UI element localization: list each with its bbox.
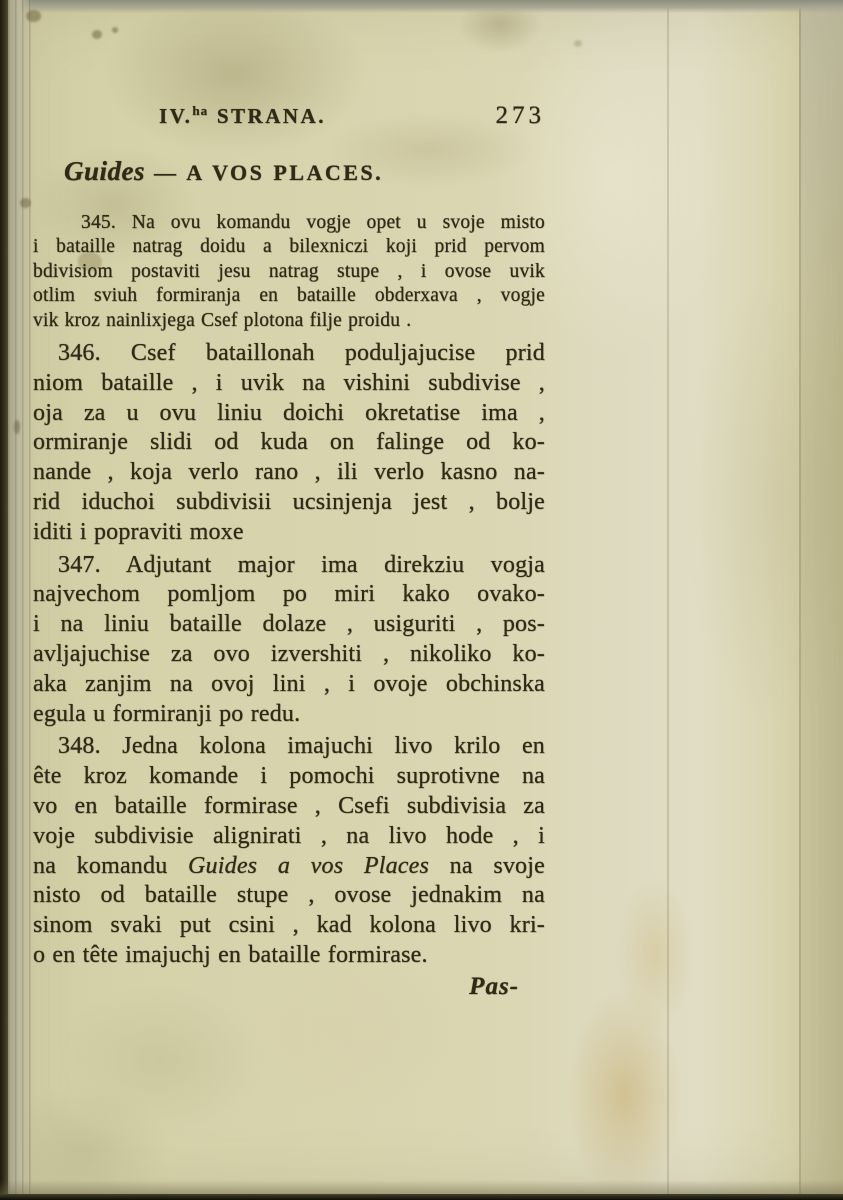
binding-edge xyxy=(0,0,8,1200)
text-segment: nande , koja verlo rano , ili verlo kasn… xyxy=(33,459,545,485)
text-segment: 348. Jedna kolona imajuchi livo krilo en xyxy=(58,733,545,759)
text-segment: vo en bataille formirase , Csefi subdivi… xyxy=(33,793,545,819)
ink-speck xyxy=(20,198,31,208)
text-segment: niom bataille , i uvik na vishini subdiv… xyxy=(33,370,545,396)
text-line: ête kroz komande i pomochi suprotivne na xyxy=(33,762,545,792)
text-segment: bdivisiom postaviti jesu natrag stupe , … xyxy=(33,261,545,282)
paragraph: 347. Adjutant major ima direkziu vogjana… xyxy=(33,551,545,730)
text-segment: nisto od bataille stupe , ovose jednakim… xyxy=(33,882,545,908)
text-line: na komandu Guides a vos Places na svoje xyxy=(33,852,545,882)
text-segment: sinom svaki put csini , kad kolona livo … xyxy=(33,912,545,938)
ink-speck xyxy=(14,420,20,434)
text-segment: rid iduchoi subdivisii ucsinjenja jest ,… xyxy=(33,489,545,515)
text-line: ormiranje slidi od kuda on falinge od ko… xyxy=(33,428,545,458)
text-segment: avljajuchise za ovo izvershiti , nikolik… xyxy=(33,641,545,667)
section-title: IV.ha STRANA. xyxy=(159,103,326,129)
paragraph: 348. Jedna kolona imajuchi livo krilo en… xyxy=(33,732,545,970)
text-segment: o en tête imajuchj en bataille formirase… xyxy=(33,942,428,968)
running-header: IV.ha STRANA. 273 xyxy=(33,0,545,130)
text-line: otlim sviuh formiranja en bataille obder… xyxy=(33,284,545,308)
text-segment: ormiranje slidi od kuda on falinge od ko… xyxy=(33,429,545,455)
text-line: iditi i popraviti moxe xyxy=(33,518,545,548)
text-line: aka zanjim na ovoj lini , i ovoje obchin… xyxy=(33,670,545,700)
text-line: bdivisiom postaviti jesu natrag stupe , … xyxy=(33,260,545,284)
page-edge-line xyxy=(799,0,801,1200)
text-line: vik kroz nainlixjega Csef plotona filje … xyxy=(33,309,545,333)
text-line: niom bataille , i uvik na vishini subdiv… xyxy=(33,369,545,399)
text-segment: voje subdivisie alignirati , na livo hod… xyxy=(33,823,545,849)
text-segment: i bataille natrag doidu a bilexniczi koj… xyxy=(33,236,545,257)
text-column: IV.ha STRANA. 273 Guides — A VOS PLACES.… xyxy=(33,0,545,1001)
text-segment: 347. Adjutant major ima direkziu vogja xyxy=(58,552,545,578)
text-segment: vik kroz nainlixjega Csef plotona filje … xyxy=(33,310,411,331)
text-line: najvechom pomljom po miri kako ovako- xyxy=(33,580,545,610)
text-line: 348. Jedna kolona imajuchi livo krilo en xyxy=(33,732,545,762)
text-line: 347. Adjutant major ima direkziu vogja xyxy=(33,551,545,581)
italic-command-segment: Guides a vos Places xyxy=(188,853,429,879)
section-rest: STRANA. xyxy=(217,104,326,128)
text-line: sinom svaki put csini , kad kolona livo … xyxy=(33,911,545,941)
top-right-corner-shade xyxy=(799,0,843,360)
text-segment: oja za u ovu liniu doichi okretatise ima… xyxy=(33,400,545,426)
bottom-page-edge xyxy=(0,1194,843,1200)
text-segment: otlim sviuh formiranja en bataille obder… xyxy=(33,285,545,306)
paragraph: 345. Na ovu komandu vogje opet u svoje m… xyxy=(33,211,545,333)
text-line: rid iduchoi subdivisii ucsinjenja jest ,… xyxy=(33,488,545,518)
text-segment: na svoje xyxy=(429,853,545,879)
catchword: Pas- xyxy=(33,973,545,1001)
text-line: vo en bataille formirase , Csefi subdivi… xyxy=(33,792,545,822)
section-prefix: IV. xyxy=(159,104,192,128)
text-line: oja za u ovu liniu doichi okretatise ima… xyxy=(33,399,545,429)
text-segment: ête kroz komande i pomochi suprotivne na xyxy=(33,763,545,789)
section-superscript: ha xyxy=(192,103,208,118)
text-body: 345. Na ovu komandu vogje opet u svoje m… xyxy=(33,211,545,971)
text-line: voje subdivisie alignirati , na livo hod… xyxy=(33,822,545,852)
text-line: 345. Na ovu komandu vogje opet u svoje m… xyxy=(33,211,545,235)
text-line: o en tête imajuchj en bataille formirase… xyxy=(33,941,545,971)
command-heading-italic: Guides xyxy=(64,156,145,187)
book-page-scan: IV.ha STRANA. 273 Guides — A VOS PLACES.… xyxy=(0,0,843,1200)
paragraph: 346. Csef bataillonah poduljajucise prid… xyxy=(33,339,545,548)
page-fold-line xyxy=(667,0,669,1200)
text-line: i bataille natrag doidu a bilexniczi koj… xyxy=(33,235,545,259)
text-segment: 345. Na ovu komandu vogje opet u svoje m… xyxy=(81,212,545,233)
text-segment: i na liniu bataille dolaze , usiguriti ,… xyxy=(33,611,545,637)
page-number: 273 xyxy=(496,102,546,130)
text-line: i na liniu bataille dolaze , usiguriti ,… xyxy=(33,610,545,640)
text-segment: iditi i popraviti moxe xyxy=(33,519,244,545)
gutter-edge xyxy=(8,0,33,1200)
text-line: egula u formiranji po redu. xyxy=(33,700,545,730)
text-line: 346. Csef bataillonah poduljajucise prid xyxy=(33,339,545,369)
text-segment: najvechom pomljom po miri kako ovako- xyxy=(33,581,545,607)
text-segment: 346. Csef bataillonah poduljajucise prid xyxy=(58,340,545,366)
ink-speck xyxy=(574,40,582,47)
text-segment: egula u formiranji po redu. xyxy=(33,701,300,727)
text-line: nande , koja verlo rano , ili verlo kasn… xyxy=(33,458,545,488)
text-line: avljajuchise za ovo izvershiti , nikolik… xyxy=(33,640,545,670)
text-line: nisto od bataille stupe , ovose jednakim… xyxy=(33,881,545,911)
text-segment: na komandu xyxy=(33,853,188,879)
text-segment: aka zanjim na ovoj lini , i ovoje obchin… xyxy=(33,671,545,697)
command-heading-caps: — A VOS PLACES. xyxy=(154,160,383,186)
command-heading: Guides — A VOS PLACES. xyxy=(33,156,545,187)
